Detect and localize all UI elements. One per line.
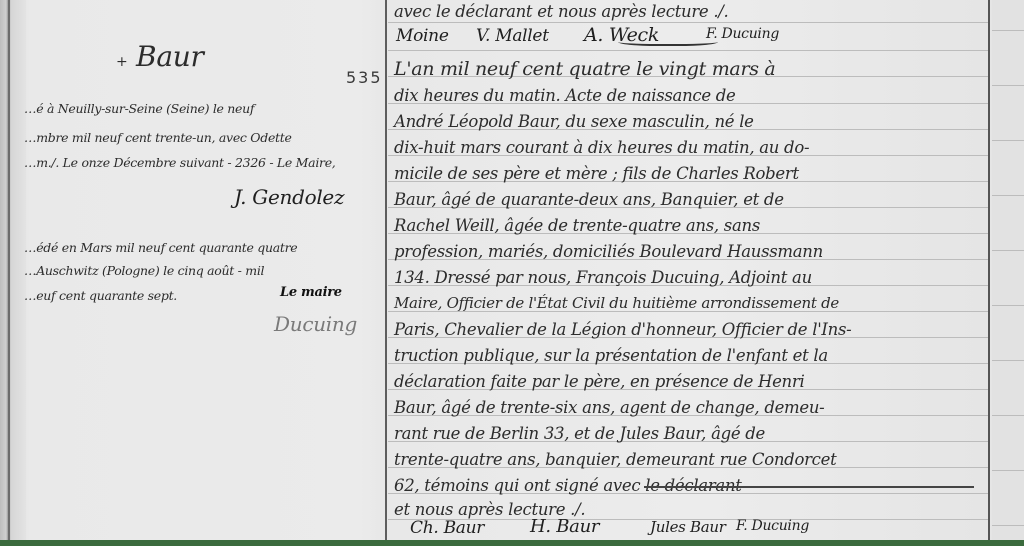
previous-entry-close: avec le déclarant et nous après lecture … xyxy=(394,2,729,21)
entry-number: 535 xyxy=(346,68,383,87)
bottom-bar xyxy=(0,540,1024,546)
page-edge-right xyxy=(988,0,990,540)
mayor-signature-gendolez: J. Gendolez xyxy=(234,185,344,209)
mayor-label: Le maire xyxy=(280,285,342,300)
mayor-signature-ducuing: Ducuing xyxy=(274,312,357,336)
margin-surname: + Baur xyxy=(116,40,204,73)
birth-record-text: avec le déclarant et nous après lecture … xyxy=(388,0,978,540)
register-page: + Baur 535 …é à Neuilly-sur-Seine (Seine… xyxy=(0,0,1024,540)
closing-line xyxy=(644,486,974,488)
signature-flourish xyxy=(618,36,718,46)
next-page-strip xyxy=(992,0,1024,540)
margin-annotations: + Baur 535 …é à Neuilly-sur-Seine (Seine… xyxy=(24,0,386,540)
book-binding xyxy=(0,0,26,540)
page-edge-left xyxy=(8,0,10,540)
